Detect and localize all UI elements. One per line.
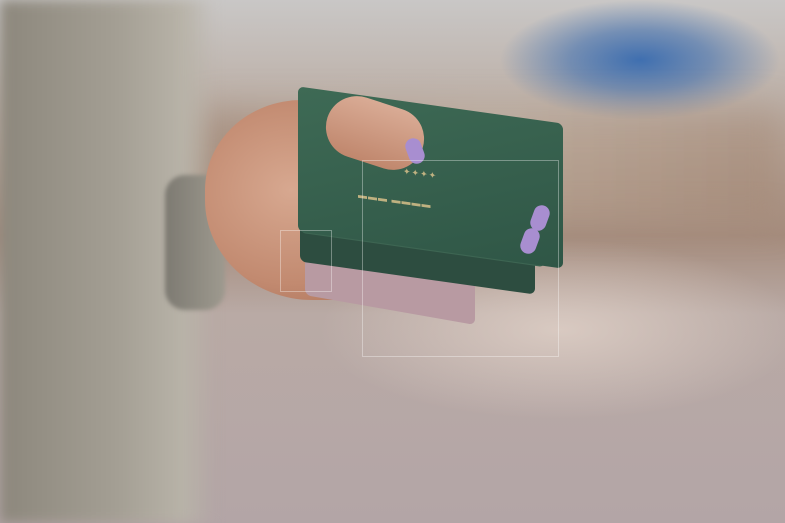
watermark [280,230,332,292]
watermark [362,160,559,357]
